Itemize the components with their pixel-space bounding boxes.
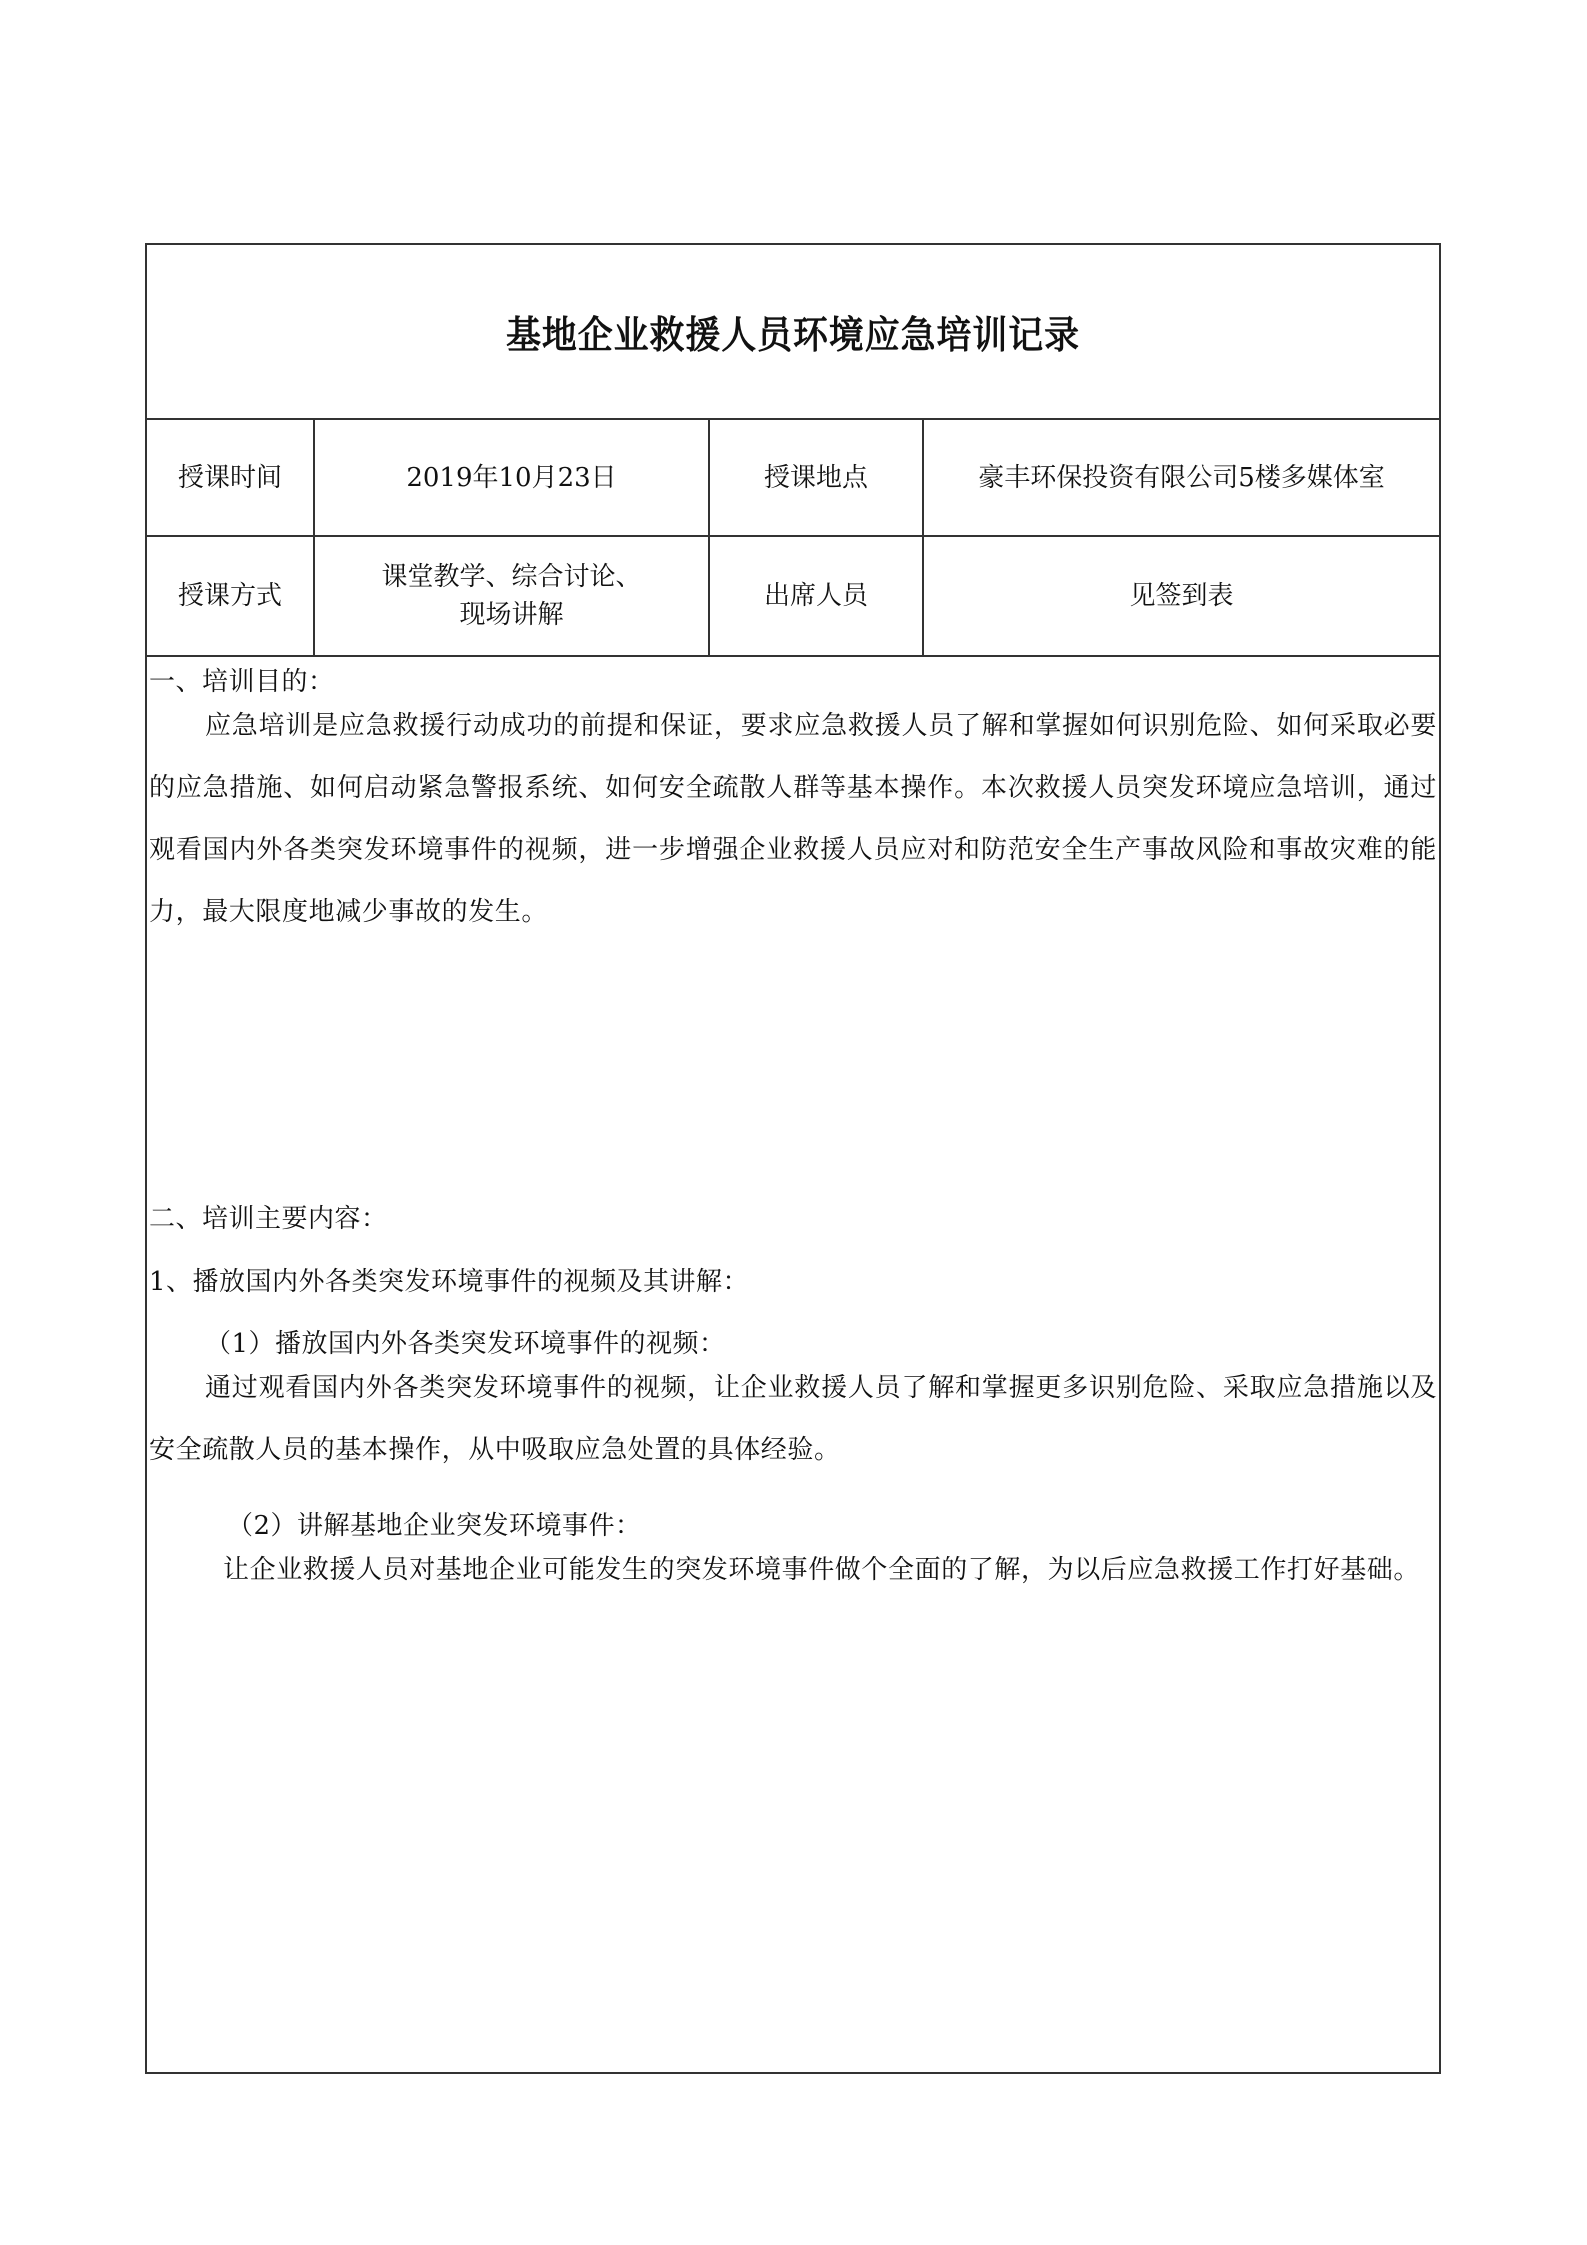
page-title: 基地企业救援人员环境应急培训记录 <box>506 304 1080 359</box>
method-value-line1: 课堂教学、综合讨论、 <box>381 558 641 596</box>
attendees-value: 见签到表 <box>924 537 1439 655</box>
sub1-heading: （1）播放国内外各类突发环境事件的视频： <box>205 1327 1437 1361</box>
time-value: 2019年10月23日 <box>315 420 710 535</box>
sub2-heading: （2）讲解基地企业突发环境事件： <box>227 1509 1437 1543</box>
training-record-table: 基地企业救援人员环境应急培训记录 授课时间 2019年10月23日 授课地点 豪… <box>145 243 1441 2074</box>
item1-heading: 1、播放国内外各类突发环境事件的视频及其讲解： <box>149 1265 1437 1299</box>
method-value: 课堂教学、综合讨论、 现场讲解 <box>315 537 710 655</box>
purpose-text: 应急培训是应急救援行动成功的前提和保证，要求应急救援人员了解和掌握如何识别危险、… <box>149 695 1437 943</box>
content-heading: 二、培训主要内容： <box>149 1202 1437 1236</box>
time-label: 授课时间 <box>147 420 315 535</box>
training-content: 一、培训目的： 应急培训是应急救援行动成功的前提和保证，要求应急救援人员了解和掌… <box>147 657 1439 2072</box>
attendees-label: 出席人员 <box>710 537 924 655</box>
method-value-line2: 现场讲解 <box>381 596 641 634</box>
title-row: 基地企业救援人员环境应急培训记录 <box>147 245 1439 420</box>
sub2-text: 让企业救援人员对基地企业可能发生的突发环境事件做个全面的了解，为以后应急救援工作… <box>149 1539 1437 1601</box>
place-value: 豪丰环保投资有限公司5楼多媒体室 <box>924 420 1439 535</box>
info-row-method-attendees: 授课方式 课堂教学、综合讨论、 现场讲解 出席人员 见签到表 <box>147 537 1439 657</box>
sub1-text: 通过观看国内外各类突发环境事件的视频，让企业救援人员了解和掌握更多识别危险、采取… <box>149 1357 1437 1481</box>
purpose-heading: 一、培训目的： <box>149 665 1437 699</box>
method-label: 授课方式 <box>147 537 315 655</box>
place-label: 授课地点 <box>710 420 924 535</box>
info-row-time-place: 授课时间 2019年10月23日 授课地点 豪丰环保投资有限公司5楼多媒体室 <box>147 420 1439 537</box>
